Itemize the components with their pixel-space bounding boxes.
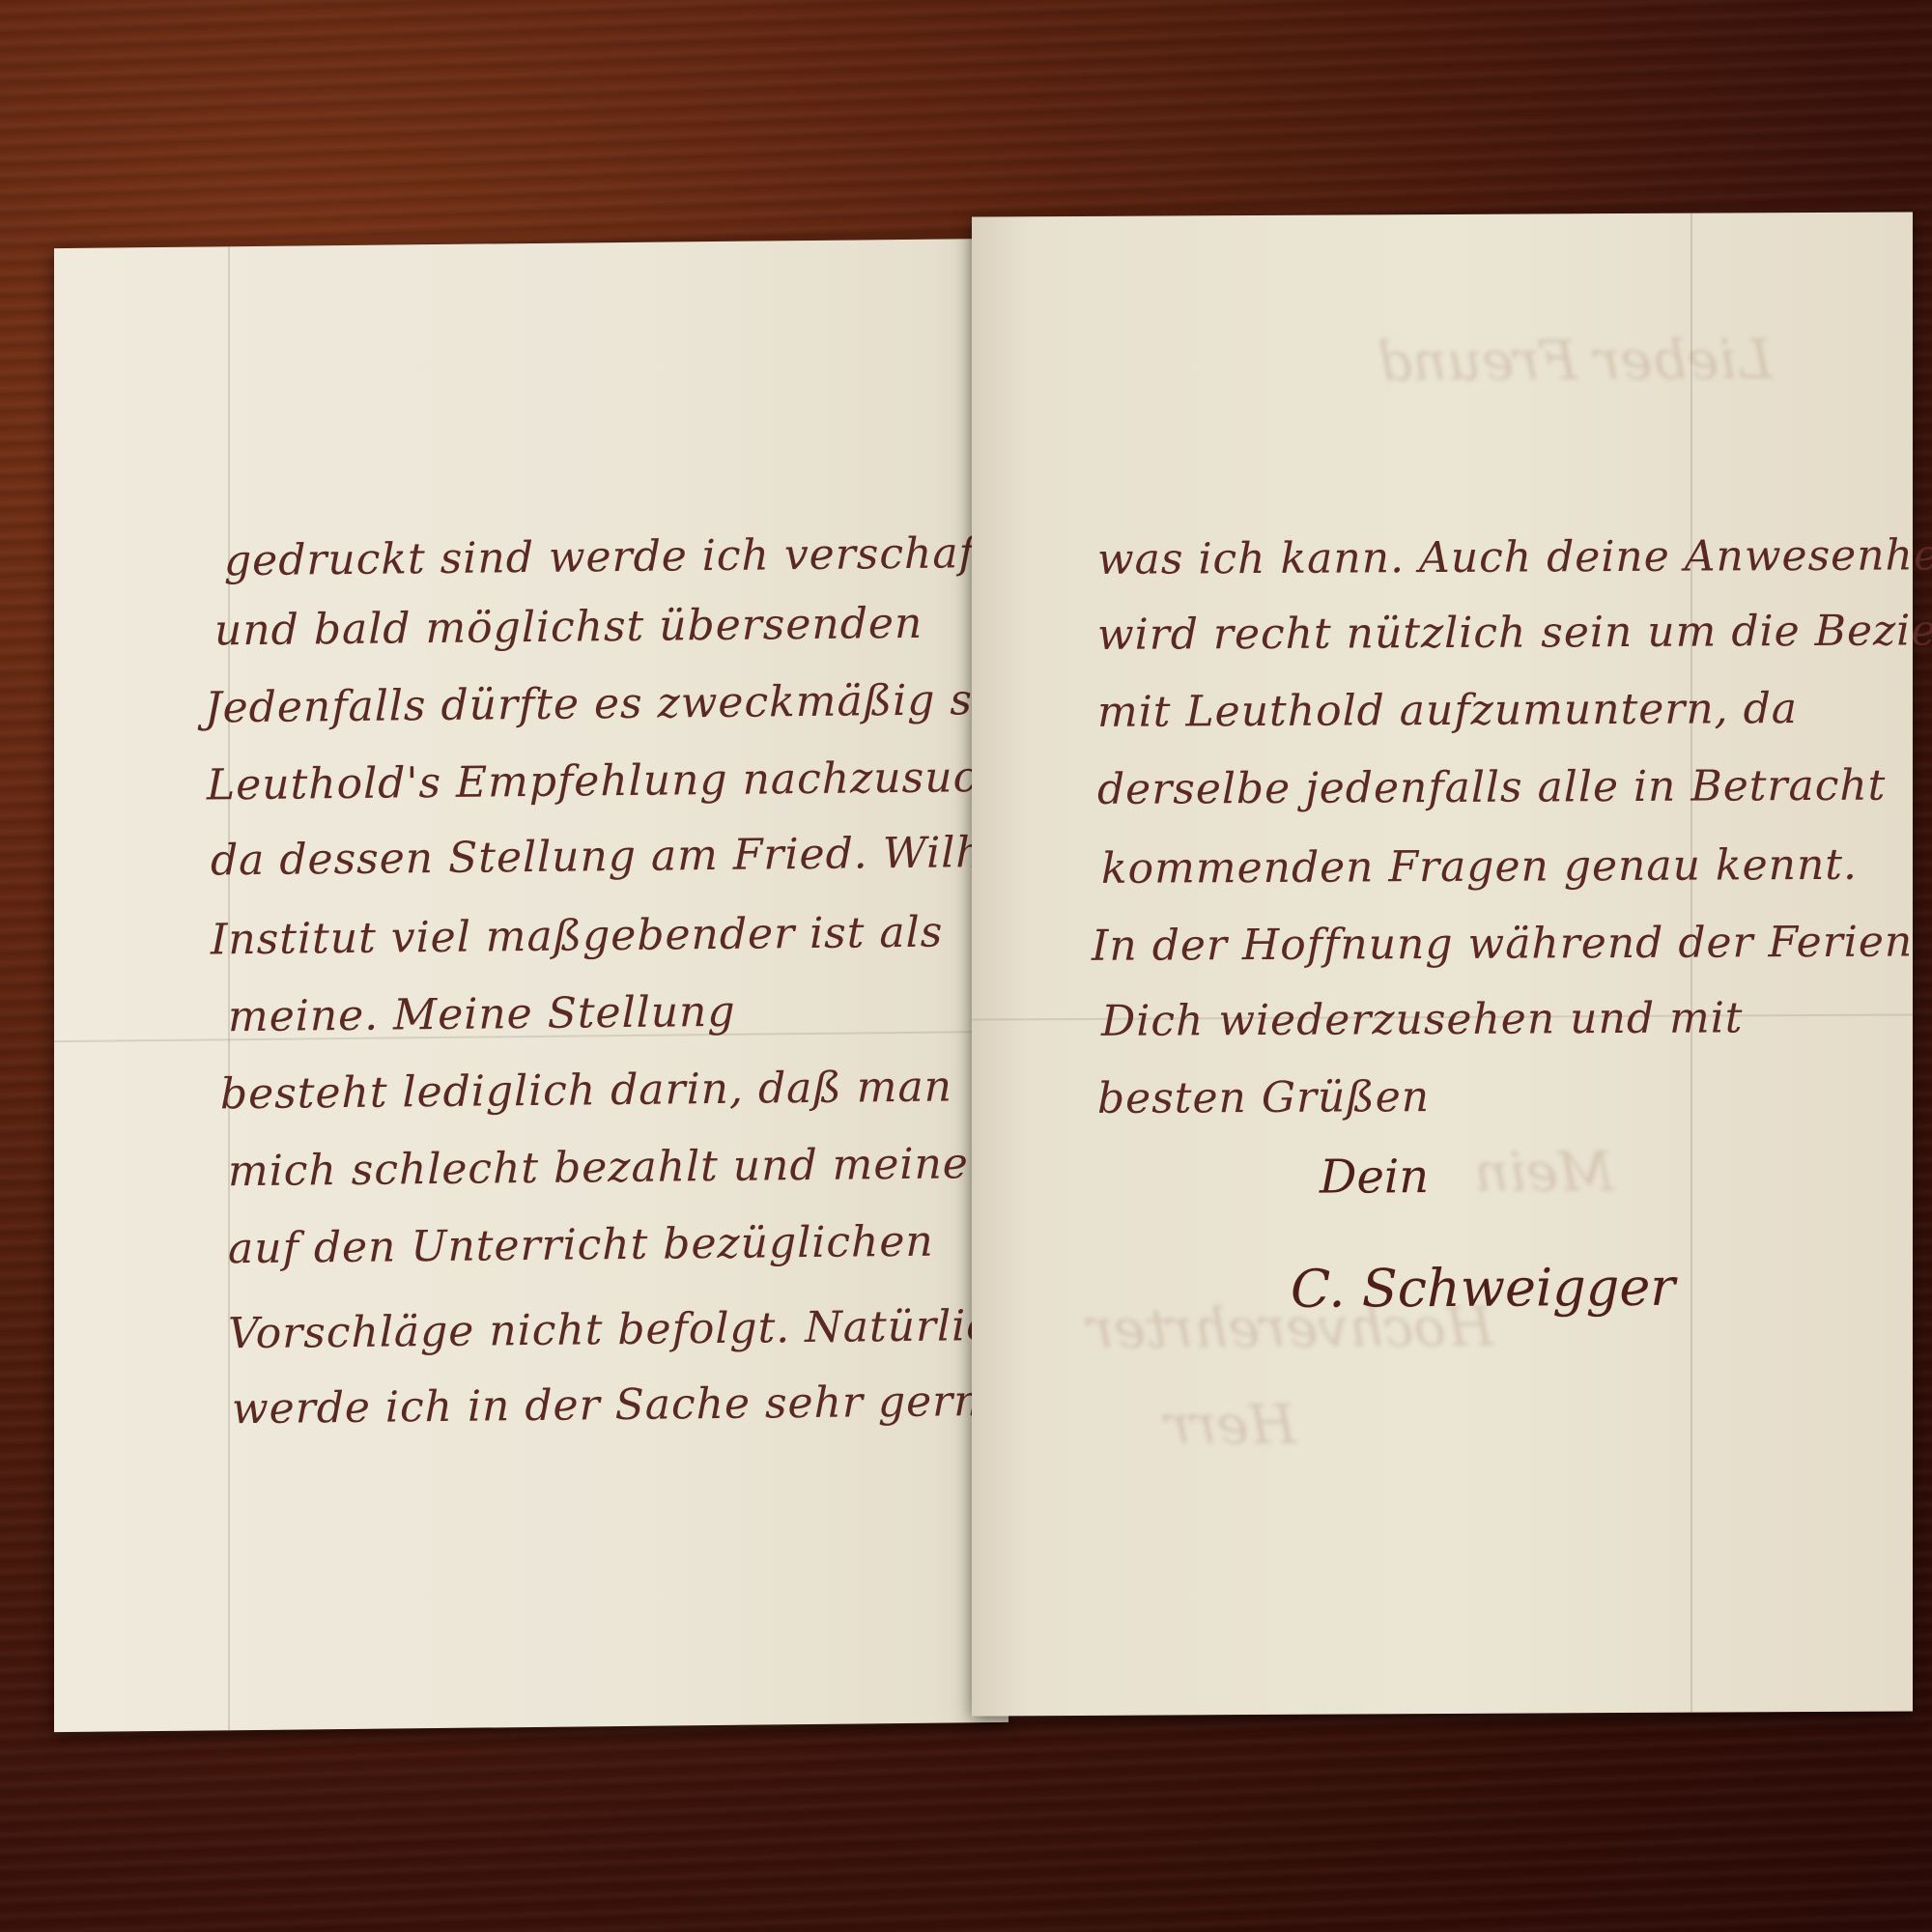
handwritten-line: da dessen Stellung am Fried. Wilhelms [211, 827, 1089, 886]
handwritten-line: Institut viel maßgebender ist als [211, 908, 943, 965]
letter-right-page: Lieber Freund Hochverehrter Herr Mein wa… [972, 212, 1913, 1716]
handwritten-line: derselbe jedenfalls alle in Betracht [1097, 761, 1886, 814]
handwritten-line: Vorschläge nicht befolgt. Natürlich [228, 1301, 1019, 1359]
ink-bleed-through: Mein [1474, 1141, 1613, 1205]
handwritten-line: wird recht nützlich sein um die Beziehun… [1097, 606, 1932, 660]
handwritten-line: mich schlecht bezahlt und meine [228, 1139, 969, 1196]
handwritten-line: was ich kann. Auch deine Anwesenheit [1097, 530, 1932, 584]
handwritten-line: und bald möglichst übersenden [214, 599, 923, 656]
handwritten-line: gedruckt sind werde ich verschaffen [224, 527, 1047, 585]
handwritten-line: besten Grüßen [1097, 1072, 1430, 1123]
paper-fold-vertical [228, 246, 230, 1730]
ink-bleed-through: Lieber Freund [1378, 328, 1773, 393]
handwritten-line: Jedenfalls dürfte es zweckmäßig sein [205, 674, 1041, 732]
handwritten-line: Dich wiederzusehen und mit [1101, 993, 1743, 1045]
handwritten-line: meine. Meine Stellung [228, 987, 736, 1042]
handwritten-line: mit Leuthold aufzumuntern, da [1097, 684, 1798, 737]
letter-closing: Dein [1320, 1150, 1429, 1205]
ink-bleed-through: Herr [1165, 1394, 1296, 1458]
handwritten-line: kommenden Fragen genau kennt. [1101, 840, 1858, 894]
handwritten-line: werde ich in der Sache sehr gern thun [232, 1376, 1099, 1434]
handwritten-line: In der Hoffnung während der Ferien [1092, 917, 1913, 970]
letter-signature: C. Schweigger [1291, 1257, 1675, 1320]
letter-left-page: gedruckt sind werde ich verschaffen und … [54, 239, 1009, 1732]
handwritten-line: Leuthold's Empfehlung nachzusuchen [207, 752, 1061, 810]
handwritten-line: besteht lediglich darin, daß man [220, 1062, 952, 1119]
handwritten-line: auf den Unterricht bezüglichen [228, 1217, 934, 1274]
